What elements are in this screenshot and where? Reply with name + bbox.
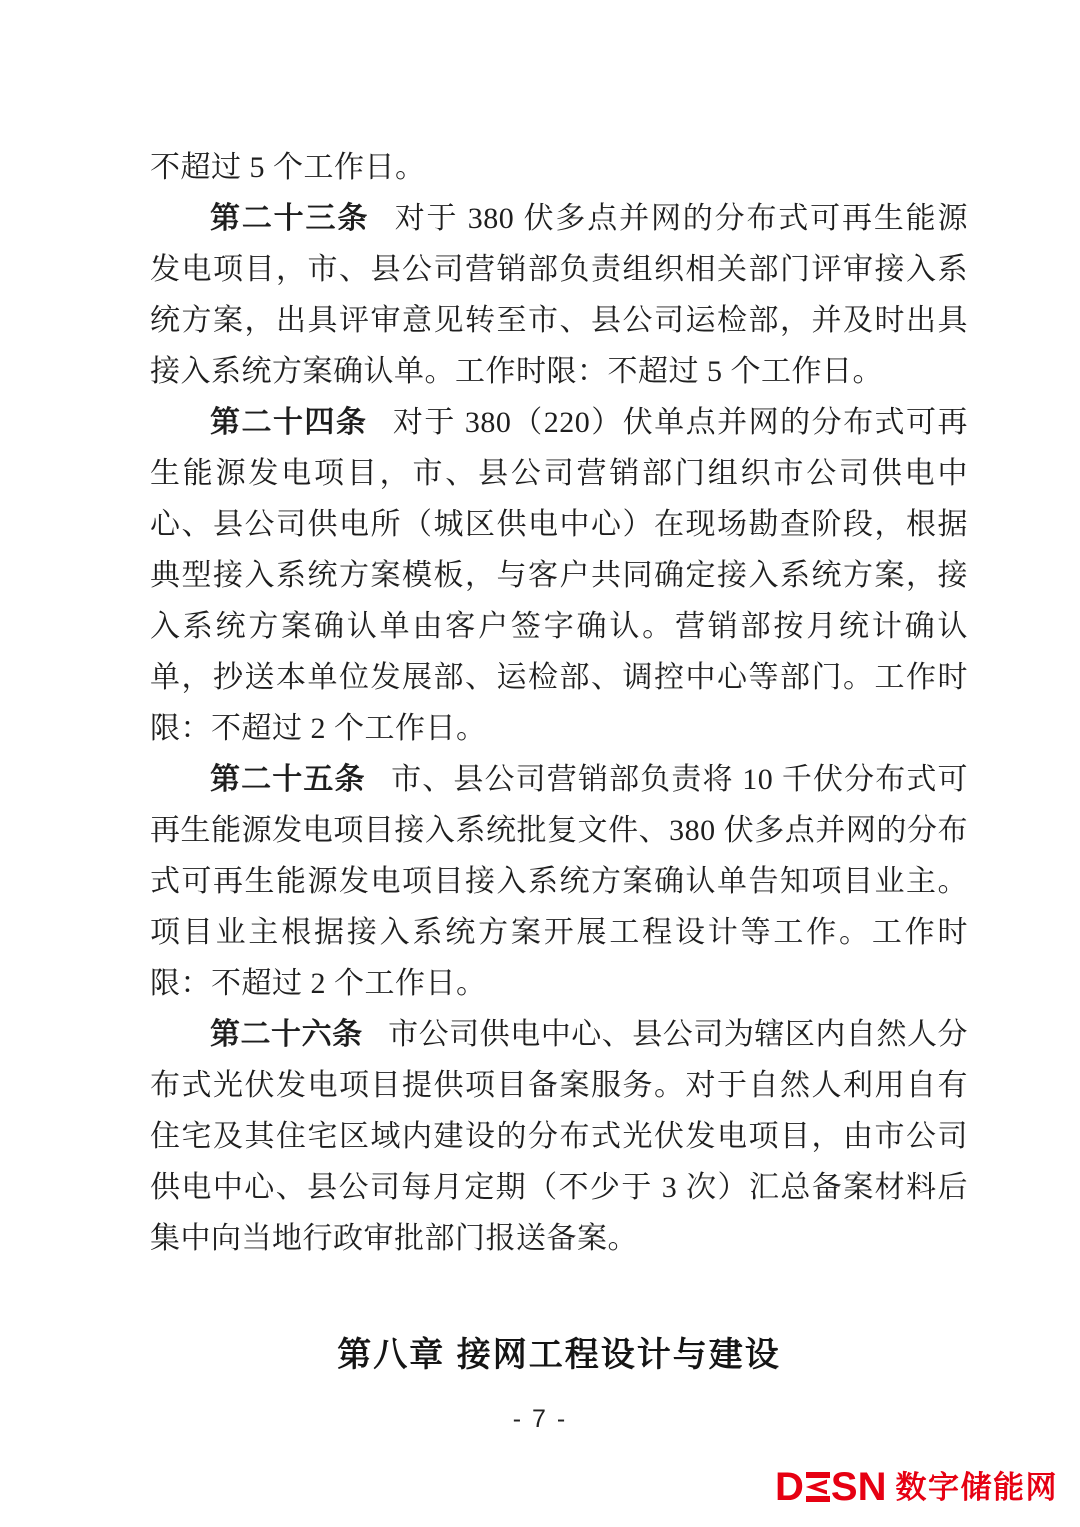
article-number: 第二十四条 — [210, 406, 367, 439]
desn-logo-latin: DSN — [775, 1467, 886, 1507]
desn-logo: DSN 数字储能网 — [775, 1466, 1058, 1508]
paragraph-continuation: 不超过 5 个工作日。 — [150, 142, 968, 193]
desn-letters-sn: SN — [831, 1467, 887, 1507]
paragraph-text: 市、县公司营销部负责将 10 千伏分布式可再生能源发电项目接入系统批复文件、38… — [150, 763, 968, 1000]
paragraph-article-25: 第二十五条市、县公司营销部负责将 10 千伏分布式可再生能源发电项目接入系统批复… — [150, 754, 968, 1009]
article-number: 第二十六条 — [210, 1018, 363, 1051]
paragraph-article-26: 第二十六条市公司供电中心、县公司为辖区内自然人分布式光伏发电项目提供项目备案服务… — [150, 1009, 968, 1264]
desn-stylized-e-icon — [805, 1472, 830, 1502]
document-body: 不超过 5 个工作日。 第二十三条对于 380 伏多点并网的分布式可再生能源发电… — [150, 142, 968, 1381]
article-number: 第二十五条 — [210, 763, 366, 796]
paragraph-text: 对于 380（220）伏单点并网的分布式可再生能源发电项目，市、县公司营销部门组… — [150, 406, 968, 745]
article-number: 第二十三条 — [210, 202, 369, 235]
desn-letter-d: D — [775, 1467, 804, 1507]
paragraph-text: 不超过 5 个工作日。 — [150, 151, 426, 184]
paragraph-article-24: 第二十四条对于 380（220）伏单点并网的分布式可再生能源发电项目，市、县公司… — [150, 397, 968, 754]
paragraph-text: 市公司供电中心、县公司为辖区内自然人分布式光伏发电项目提供项目备案服务。对于自然… — [150, 1018, 968, 1255]
desn-logo-cjk: 数字储能网 — [896, 1472, 1059, 1503]
chapter-heading: 第八章 接网工程设计与建设 — [150, 1330, 968, 1381]
paragraph-article-23: 第二十三条对于 380 伏多点并网的分布式可再生能源发电项目，市、县公司营销部负… — [150, 193, 968, 397]
page-number: - 7 - — [0, 1405, 1080, 1434]
